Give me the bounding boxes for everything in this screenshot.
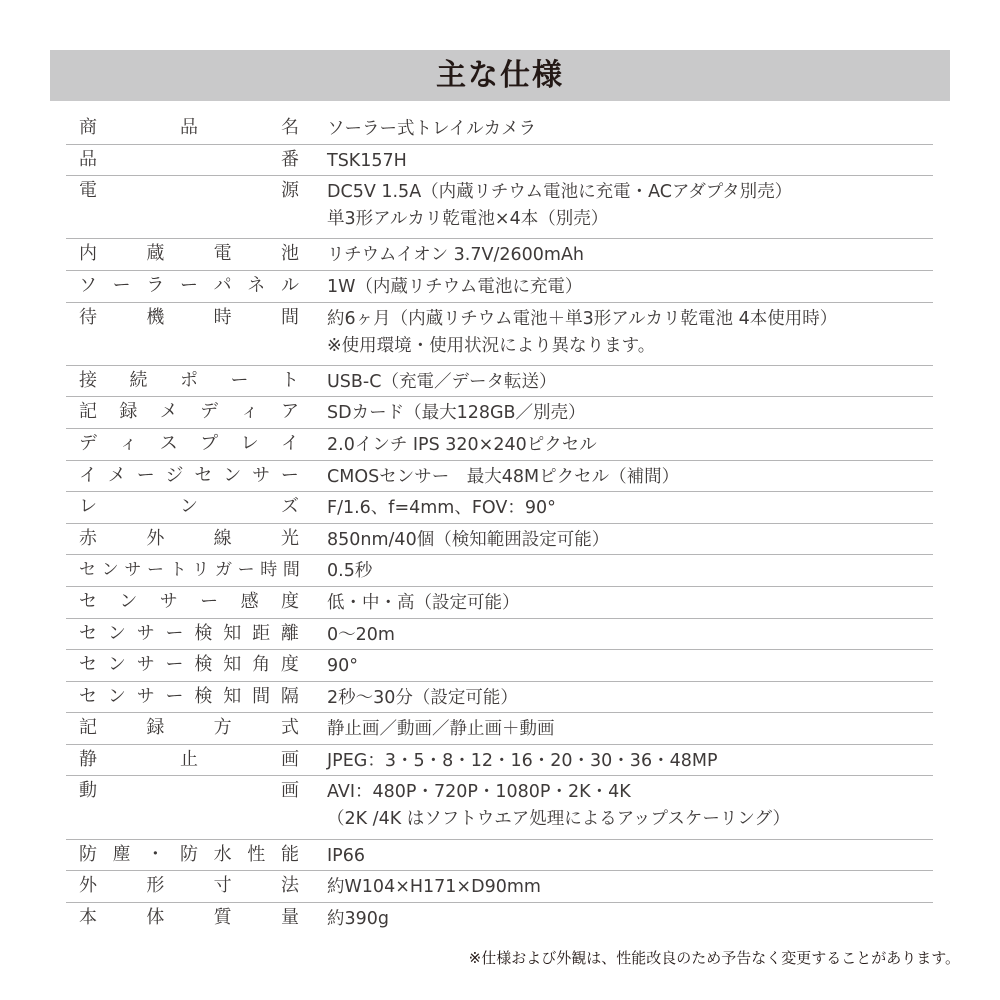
spec-label-char: ト bbox=[170, 558, 186, 582]
spec-label-char: ン bbox=[223, 464, 241, 488]
spec-label: イメージセンサー bbox=[79, 464, 299, 488]
spec-label-char: パ bbox=[214, 274, 232, 298]
spec-label-char: メ bbox=[160, 400, 178, 424]
spec-label-char: ソ bbox=[79, 274, 97, 298]
spec-label-char: 源 bbox=[281, 179, 299, 203]
spec-label: 外形寸法 bbox=[79, 874, 299, 898]
spec-label: センサートリガー時間 bbox=[79, 558, 299, 582]
spec-label-char: 質 bbox=[214, 906, 232, 930]
spec-value-line: TSK157H bbox=[327, 148, 407, 175]
spec-label-char: ア bbox=[281, 400, 299, 424]
spec-value-line: IP66 bbox=[327, 843, 365, 870]
spec-value-line: USB-C（充電／データ転送） bbox=[327, 369, 556, 396]
spec-row: 商品名ソーラー式トレイルカメラ bbox=[66, 113, 933, 145]
spec-label-char: 性 bbox=[247, 843, 265, 867]
page-title: 主な仕様 bbox=[436, 61, 564, 91]
spec-label-char: 防 bbox=[180, 843, 198, 867]
spec-label: 記録メディア bbox=[79, 400, 299, 424]
spec-label-char: サ bbox=[252, 464, 270, 488]
spec-label-char: 検 bbox=[194, 622, 212, 646]
spec-value: ソーラー式トレイルカメラ bbox=[327, 116, 536, 143]
spec-label: 記録方式 bbox=[79, 716, 299, 740]
spec-label-char: 蔵 bbox=[146, 242, 164, 266]
spec-value: 低・中・高（設定可能） bbox=[327, 590, 520, 617]
spec-row: イメージセンサーCMOSセンサー 最大48Mピクセル（補間） bbox=[66, 461, 933, 493]
spec-label-char: セ bbox=[79, 558, 95, 582]
spec-value: 静止画／動画／静止画＋動画 bbox=[327, 716, 555, 743]
spec-label: センサー感度 bbox=[79, 590, 299, 614]
spec-value: JPEG：3・5・8・12・16・20・30・36・48MP bbox=[327, 748, 718, 775]
spec-row: 接続ポートUSB-C（充電／データ転送） bbox=[66, 366, 933, 398]
spec-row: 品番TSK157H bbox=[66, 145, 933, 177]
spec-label-char: 能 bbox=[281, 843, 299, 867]
spec-label-char: 待 bbox=[79, 306, 97, 330]
spec-value: リチウムイオン 3.7V/2600mAh bbox=[327, 242, 584, 269]
header-bar: 主な仕様 bbox=[50, 50, 950, 101]
spec-label-char: 体 bbox=[146, 906, 164, 930]
spec-label-char: 品 bbox=[180, 116, 198, 140]
spec-value-line: 約390g bbox=[327, 906, 389, 933]
spec-value-line: JPEG：3・5・8・12・16・20・30・36・48MP bbox=[327, 748, 718, 775]
spec-label-char: ル bbox=[281, 274, 299, 298]
spec-label-char: サ bbox=[124, 558, 140, 582]
spec-label-char: ー bbox=[166, 685, 184, 709]
spec-label: 防塵・防水性能 bbox=[79, 843, 299, 867]
spec-label-char: ・ bbox=[146, 843, 164, 867]
spec-label-char: 続 bbox=[130, 369, 148, 393]
spec-label-char: 方 bbox=[214, 716, 232, 740]
spec-label-char: ジ bbox=[166, 464, 184, 488]
spec-label-char: ィ bbox=[119, 432, 137, 456]
spec-label-char: 時 bbox=[260, 558, 276, 582]
spec-label-char: 品 bbox=[79, 148, 97, 172]
spec-value: 約6ヶ月（内蔵リチウム電池＋単3形アルカリ乾電池 4本使用時）※使用環境・使用状… bbox=[327, 306, 837, 360]
spec-label-char: 動 bbox=[79, 779, 97, 803]
spec-value-line: SDカード（最大128GB／別売） bbox=[327, 400, 586, 427]
spec-label-char: ン bbox=[108, 685, 126, 709]
spec-value: 850nm/40個（検知範囲設定可能） bbox=[327, 527, 609, 554]
spec-value: 約390g bbox=[327, 906, 389, 933]
spec-label-char: 画 bbox=[281, 779, 299, 803]
spec-label: 品番 bbox=[79, 148, 299, 172]
spec-label-char: イ bbox=[79, 464, 97, 488]
spec-label-char: 記 bbox=[79, 716, 97, 740]
spec-label: ソーラーパネル bbox=[79, 274, 299, 298]
spec-value-line: リチウムイオン 3.7V/2600mAh bbox=[327, 242, 584, 269]
spec-label-char: 池 bbox=[281, 242, 299, 266]
spec-label: 電源 bbox=[79, 179, 299, 203]
spec-value-line: 約6ヶ月（内蔵リチウム電池＋単3形アルカリ乾電池 4本使用時） bbox=[327, 306, 837, 333]
spec-label: レンズ bbox=[79, 495, 299, 519]
spec-row: センサー検知間隔2秒〜30分（設定可能） bbox=[66, 682, 933, 714]
spec-label-char: プ bbox=[200, 432, 218, 456]
spec-label-char: 知 bbox=[223, 685, 241, 709]
spec-row: レンズF/1.6、f=4mm、FOV：90° bbox=[66, 492, 933, 524]
spec-value-line: 2.0インチ IPS 320×240ピクセル bbox=[327, 432, 597, 459]
spec-label-char: ー bbox=[231, 369, 249, 393]
spec-label: 接続ポート bbox=[79, 369, 299, 393]
spec-label-char: 防 bbox=[79, 843, 97, 867]
spec-value-line: （2K /4K はソフトウエア処理によるアップスケーリング） bbox=[327, 806, 790, 833]
spec-label-char: 番 bbox=[281, 148, 299, 172]
spec-value: 1W（内蔵リチウム電池に充電） bbox=[327, 274, 582, 301]
spec-row: センサー感度低・中・高（設定可能） bbox=[66, 587, 933, 619]
spec-label-char: リ bbox=[192, 558, 208, 582]
spec-label-char: デ bbox=[200, 400, 218, 424]
spec-label-char: 機 bbox=[146, 306, 164, 330]
spec-value: 2秒〜30分（設定可能） bbox=[327, 685, 518, 712]
spec-label-char: デ bbox=[79, 432, 97, 456]
spec-value: USB-C（充電／データ転送） bbox=[327, 369, 556, 396]
spec-label-char: 感 bbox=[241, 590, 259, 614]
spec-label-char: ズ bbox=[281, 495, 299, 519]
spec-row: 静止画JPEG：3・5・8・12・16・20・30・36・48MP bbox=[66, 745, 933, 777]
spec-value: 0〜20m bbox=[327, 622, 395, 649]
spec-value: CMOSセンサー 最大48Mピクセル（補間） bbox=[327, 464, 679, 491]
spec-label-char: イ bbox=[281, 432, 299, 456]
spec-value-line: 2秒〜30分（設定可能） bbox=[327, 685, 518, 712]
spec-label-char: 商 bbox=[79, 116, 97, 140]
spec-value: 90° bbox=[327, 653, 358, 680]
spec-label-char: 塵 bbox=[113, 843, 131, 867]
spec-label-char: 外 bbox=[79, 874, 97, 898]
spec-label-char: 録 bbox=[146, 716, 164, 740]
spec-label-char: ー bbox=[180, 274, 198, 298]
spec-label-char: 間 bbox=[283, 558, 299, 582]
spec-label-char: 間 bbox=[252, 685, 270, 709]
spec-label-char: 電 bbox=[79, 179, 97, 203]
spec-label-char: メ bbox=[108, 464, 126, 488]
spec-label: 動画 bbox=[79, 779, 299, 803]
spec-row: センサートリガー時間0.5秒 bbox=[66, 555, 933, 587]
spec-label-char: 内 bbox=[79, 242, 97, 266]
spec-label: 待機時間 bbox=[79, 306, 299, 330]
spec-label: 内蔵電池 bbox=[79, 242, 299, 266]
spec-label-char: サ bbox=[137, 622, 155, 646]
spec-label-char: セ bbox=[79, 653, 97, 677]
spec-label-char: 検 bbox=[194, 653, 212, 677]
spec-label-char: レ bbox=[241, 432, 259, 456]
spec-label: センサー検知角度 bbox=[79, 653, 299, 677]
spec-value-line: 静止画／動画／静止画＋動画 bbox=[327, 716, 555, 743]
spec-label-char: 赤 bbox=[79, 527, 97, 551]
spec-label-char: ガ bbox=[215, 558, 231, 582]
spec-label-char: 間 bbox=[281, 306, 299, 330]
spec-label-char: セ bbox=[79, 622, 97, 646]
spec-label-char: ポ bbox=[180, 369, 198, 393]
spec-label-char: セ bbox=[79, 685, 97, 709]
spec-label-char: サ bbox=[137, 685, 155, 709]
spec-label-char: 本 bbox=[79, 906, 97, 930]
spec-label-char: サ bbox=[160, 590, 178, 614]
spec-label-char: 画 bbox=[281, 748, 299, 772]
spec-value-line: 約W104×H171×D90mm bbox=[327, 874, 541, 901]
spec-table: 商品名ソーラー式トレイルカメラ品番TSK157H電源DC5V 1.5A（内蔵リチ… bbox=[66, 113, 933, 934]
spec-label-char: 接 bbox=[79, 369, 97, 393]
spec-value-line: AVI：480P・720P・1080P・2K・4K bbox=[327, 779, 790, 806]
spec-label-char: 形 bbox=[146, 874, 164, 898]
spec-label-char: ー bbox=[238, 558, 254, 582]
spec-row: 記録方式静止画／動画／静止画＋動画 bbox=[66, 713, 933, 745]
spec-label-char: 離 bbox=[281, 622, 299, 646]
spec-label-char: 式 bbox=[281, 716, 299, 740]
spec-label-char: レ bbox=[79, 495, 97, 519]
spec-label-char: ー bbox=[166, 622, 184, 646]
footnote: ※仕様および外観は、性能改良のため予告なく変更することがあります。 bbox=[469, 947, 960, 968]
spec-label-char: ト bbox=[281, 369, 299, 393]
spec-value-line: ソーラー式トレイルカメラ bbox=[327, 116, 536, 143]
spec-label-char: 量 bbox=[281, 906, 299, 930]
spec-value: AVI：480P・720P・1080P・2K・4K（2K /4K はソフトウエア… bbox=[327, 779, 790, 833]
spec-value: SDカード（最大128GB／別売） bbox=[327, 400, 586, 427]
spec-value: IP66 bbox=[327, 843, 365, 870]
spec-row: センサー検知角度90° bbox=[66, 650, 933, 682]
spec-label-char: ー bbox=[137, 464, 155, 488]
spec-label-char: ー bbox=[166, 653, 184, 677]
spec-value: 0.5秒 bbox=[327, 558, 372, 585]
spec-label-char: 距 bbox=[252, 622, 270, 646]
spec-label-char: ー bbox=[200, 590, 218, 614]
spec-row: 待機時間約6ヶ月（内蔵リチウム電池＋単3形アルカリ乾電池 4本使用時）※使用環境… bbox=[66, 303, 933, 366]
spec-label-char: ー bbox=[147, 558, 163, 582]
spec-value-line: 90° bbox=[327, 653, 358, 680]
spec-label-char: 名 bbox=[281, 116, 299, 140]
spec-value: 2.0インチ IPS 320×240ピクセル bbox=[327, 432, 597, 459]
spec-label-char: 静 bbox=[79, 748, 97, 772]
spec-row: ソーラーパネル1W（内蔵リチウム電池に充電） bbox=[66, 271, 933, 303]
spec-label-char: ン bbox=[119, 590, 137, 614]
spec-label-char: ス bbox=[160, 432, 178, 456]
spec-value-line: CMOSセンサー 最大48Mピクセル（補間） bbox=[327, 464, 679, 491]
spec-value-line: 低・中・高（設定可能） bbox=[327, 590, 520, 617]
spec-label-char: 止 bbox=[180, 748, 198, 772]
spec-label-char: ー bbox=[113, 274, 131, 298]
spec-value-line: 0.5秒 bbox=[327, 558, 372, 585]
spec-value-line: 1W（内蔵リチウム電池に充電） bbox=[327, 274, 582, 301]
spec-label-char: 時 bbox=[214, 306, 232, 330]
spec-row: 内蔵電池リチウムイオン 3.7V/2600mAh bbox=[66, 239, 933, 271]
spec-label-char: 寸 bbox=[214, 874, 232, 898]
spec-label-char: セ bbox=[194, 464, 212, 488]
spec-label: 商品名 bbox=[79, 116, 299, 140]
spec-label-char: ン bbox=[180, 495, 198, 519]
spec-label: 静止画 bbox=[79, 748, 299, 772]
spec-value-line: DC5V 1.5A（内蔵リチウム電池に充電・ACアダプタ別売） bbox=[327, 179, 792, 206]
spec-label: センサー検知間隔 bbox=[79, 685, 299, 709]
spec-label-char: セ bbox=[79, 590, 97, 614]
spec-row: ディスプレイ2.0インチ IPS 320×240ピクセル bbox=[66, 429, 933, 461]
spec-row: 動画AVI：480P・720P・1080P・2K・4K（2K /4K はソフトウ… bbox=[66, 776, 933, 839]
spec-value-line: F/1.6、f=4mm、FOV：90° bbox=[327, 495, 556, 522]
spec-label-char: 光 bbox=[281, 527, 299, 551]
spec-label: 本体質量 bbox=[79, 906, 299, 930]
spec-label-char: 録 bbox=[119, 400, 137, 424]
spec-label-char: サ bbox=[137, 653, 155, 677]
spec-label-char: 知 bbox=[223, 653, 241, 677]
spec-value-line: 単3形アルカリ乾電池×4本（別売） bbox=[327, 206, 792, 233]
spec-label-char: ネ bbox=[247, 274, 265, 298]
spec-row: 本体質量約390g bbox=[66, 903, 933, 935]
spec-row: 記録メディアSDカード（最大128GB／別売） bbox=[66, 397, 933, 429]
spec-label: センサー検知距離 bbox=[79, 622, 299, 646]
spec-label-char: 検 bbox=[194, 685, 212, 709]
spec-label-char: ン bbox=[108, 653, 126, 677]
spec-label-char: ィ bbox=[241, 400, 259, 424]
spec-row: センサー検知距離0〜20m bbox=[66, 619, 933, 651]
spec-row: 外形寸法約W104×H171×D90mm bbox=[66, 871, 933, 903]
spec-label-char: 隔 bbox=[281, 685, 299, 709]
spec-label-char: ラ bbox=[146, 274, 164, 298]
spec-label-char: 水 bbox=[214, 843, 232, 867]
spec-label-char: ン bbox=[102, 558, 118, 582]
spec-value: DC5V 1.5A（内蔵リチウム電池に充電・ACアダプタ別売）単3形アルカリ乾電… bbox=[327, 179, 792, 233]
spec-label-char: 法 bbox=[281, 874, 299, 898]
spec-value-line: ※使用環境・使用状況により異なります。 bbox=[327, 333, 837, 360]
spec-label-char: 電 bbox=[214, 242, 232, 266]
spec-value: 約W104×H171×D90mm bbox=[327, 874, 541, 901]
spec-value: F/1.6、f=4mm、FOV：90° bbox=[327, 495, 556, 522]
spec-label-char: 線 bbox=[214, 527, 232, 551]
spec-value-line: 0〜20m bbox=[327, 622, 395, 649]
spec-label-char: 知 bbox=[223, 622, 241, 646]
spec-value: TSK157H bbox=[327, 148, 407, 175]
spec-label-char: 度 bbox=[281, 590, 299, 614]
spec-label-char: 外 bbox=[146, 527, 164, 551]
spec-label-char: ー bbox=[281, 464, 299, 488]
spec-row: 電源DC5V 1.5A（内蔵リチウム電池に充電・ACアダプタ別売）単3形アルカリ… bbox=[66, 176, 933, 239]
spec-label: 赤外線光 bbox=[79, 527, 299, 551]
spec-label-char: 度 bbox=[281, 653, 299, 677]
spec-label-char: 角 bbox=[252, 653, 270, 677]
spec-row: 防塵・防水性能IP66 bbox=[66, 840, 933, 872]
spec-label: ディスプレイ bbox=[79, 432, 299, 456]
spec-label-char: ン bbox=[108, 622, 126, 646]
spec-value-line: 850nm/40個（検知範囲設定可能） bbox=[327, 527, 609, 554]
spec-row: 赤外線光850nm/40個（検知範囲設定可能） bbox=[66, 524, 933, 556]
spec-label-char: 記 bbox=[79, 400, 97, 424]
